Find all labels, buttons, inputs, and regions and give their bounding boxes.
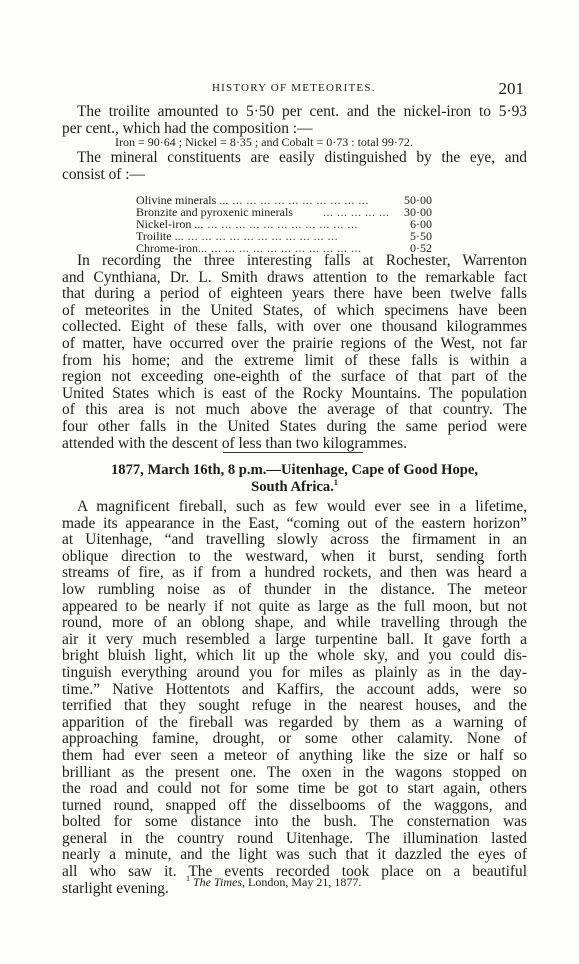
text-line: terrified that they sought refuge in the…	[62, 698, 527, 715]
text-line: appeared to be nearly if not quite as la…	[62, 599, 527, 616]
text-line: made its appearance in the East, “coming…	[62, 516, 527, 533]
text-line: The mineral constituents are easily dist…	[62, 150, 527, 167]
text-line: A magnificent fireball, such as few woul…	[62, 499, 527, 516]
text-line: of matter, have occurred over the prairi…	[62, 336, 527, 353]
footnote-source: The Times	[193, 875, 242, 889]
text-line: and Cynthiana, Dr. L. Smith draws attent…	[62, 270, 527, 287]
text-line: low rumbling noise as of thunder in the …	[62, 582, 527, 599]
text-line: United States which is east of the Rocky…	[62, 386, 527, 403]
text-line: consist of :—	[62, 167, 527, 184]
text-line: of this area is not much above the avera…	[62, 402, 527, 419]
footnote-citation: , London, May 21, 1877.	[242, 875, 361, 889]
leader-dots: ... ... ... ... ... ... ... ... ... ... …	[203, 218, 392, 230]
footnote: 1 The Times, London, May 21, 1877.	[186, 875, 361, 890]
text-line: general in the country round Uitenhage. …	[62, 831, 527, 848]
text-line: bright bluish light, which lit up the wh…	[62, 648, 527, 665]
page-header: HISTORY OF METEORITES. 201	[62, 79, 520, 99]
paragraph-mineral-constituents: The mineral constituents are easily dist…	[62, 150, 527, 183]
text-line: air it very much resembled a large turpe…	[62, 632, 527, 649]
book-page: HISTORY OF METEORITES. 201 The troilite …	[0, 0, 579, 964]
text-line: that during a period of eighteen years t…	[62, 286, 527, 303]
footnote-ref: 1	[334, 478, 338, 487]
text-line: brilliant as the present one. The oxen i…	[62, 765, 527, 782]
heading-text: South Africa.	[251, 479, 334, 495]
text-line: turned round, snapped off the disselboom…	[62, 798, 527, 815]
text-line: at Uitenhage, “and travelling slowly acr…	[62, 532, 527, 549]
text-line: The troilite amounted to 5·50 per cent. …	[62, 104, 527, 121]
heading-line: 1877, March 16th, 8 p.m.—Uitenhage, Cape…	[62, 462, 527, 479]
text-line: apparition of the fireball was regarded …	[62, 715, 527, 732]
text-line: time.” Native Hottentots and Kaffirs, th…	[62, 682, 527, 699]
text-line: bolted for some distance into the bush. …	[62, 814, 527, 831]
text-line: tinguish everything around you for miles…	[62, 665, 527, 682]
leader-dots: ... ... ... ... ... ... ... ... ... ... …	[184, 230, 392, 242]
text-line: the road and could not for some time be …	[62, 781, 527, 798]
heading-line-2: South Africa.1	[62, 479, 527, 496]
footnote-marker: 1	[186, 874, 190, 883]
running-title: HISTORY OF METEORITES.	[212, 82, 376, 94]
text-line: four other falls in the United States du…	[62, 419, 527, 436]
paragraph-troilite: The troilite amounted to 5·50 per cent. …	[62, 104, 527, 137]
section-divider	[223, 452, 363, 453]
text-line: collected. Eight of these falls, with ov…	[62, 319, 527, 336]
text-line: nearly a minute, and the light was such …	[62, 847, 527, 864]
text-line: from his home; and the extreme limit of …	[62, 353, 527, 370]
leader-dots: ... ... ... ... ... ... ...	[293, 206, 392, 218]
text-line: region not exceeding one-eighth of the s…	[62, 369, 527, 386]
text-line: approaching famine, drought, or some oth…	[62, 731, 527, 748]
section-heading: 1877, March 16th, 8 p.m.—Uitenhage, Cape…	[62, 462, 527, 496]
text-line: In recording the three interesting falls…	[62, 253, 527, 270]
text-line: them had ever seen a meteor of anything …	[62, 748, 527, 765]
text-line: streams of fire, as if from a hundred ro…	[62, 565, 527, 582]
text-line: round, more of an oblong shape, and whil…	[62, 615, 527, 632]
composition-formula: Iron = 90·64 ; Nickel = 8·35 ; and Cobal…	[115, 135, 413, 150]
page-number: 201	[499, 79, 525, 99]
paragraph-uitenhage-fireball: A magnificent fireball, such as few woul…	[62, 499, 527, 897]
text-line: attended with the descent of less than t…	[62, 436, 527, 453]
text-line: oblique direction to the westward, when …	[62, 549, 527, 566]
text-line: of meteorites in the United States, of w…	[62, 303, 527, 320]
paragraph-falls-usa: In recording the three interesting falls…	[62, 253, 527, 452]
constituents-table: Olivine minerals ... ... ... ... ... ...…	[136, 194, 432, 254]
